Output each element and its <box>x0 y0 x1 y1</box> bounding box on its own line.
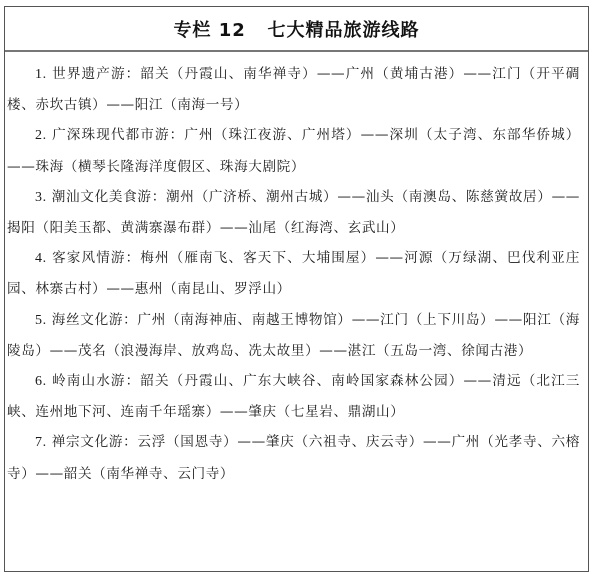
route-item-6: 6. 岭南山水游：韶关（丹霞山、广东大峡谷、南岭国家森林公园）——清远（北江三峡… <box>7 366 580 427</box>
route-text: 潮汕文化美食游：潮州（广济桥、潮州古城）——汕头（南澳岛、陈慈黉故居）——揭阳（… <box>7 189 580 236</box>
route-number: 2. <box>35 128 47 143</box>
column-box: 专栏 12 七大精品旅游线路 1. 世界遗产游：韶关（丹霞山、南华禅寺）——广州… <box>4 6 589 572</box>
route-number: 7. <box>35 435 47 450</box>
route-number: 5. <box>35 313 47 328</box>
route-text: 禅宗文化游：云浮（国恩寺）——肇庆（六祖寺、庆云寺）——广州（光孝寺、六榕寺）—… <box>7 434 580 481</box>
route-text: 客家风情游：梅州（雁南飞、客天下、大埔围屋）——河源（万绿湖、巴伐利亚庄园、林寨… <box>7 250 580 297</box>
route-item-7: 7. 禅宗文化游：云浮（国恩寺）——肇庆（六祖寺、庆云寺）——广州（光孝寺、六榕… <box>7 427 580 488</box>
route-text: 世界遗产游：韶关（丹霞山、南华禅寺）——广州（黄埔古港）——江门（开平碉楼、赤坎… <box>7 66 580 113</box>
route-item-4: 4. 客家风情游：梅州（雁南飞、客天下、大埔围屋）——河源（万绿湖、巴伐利亚庄园… <box>7 243 580 304</box>
box-header: 专栏 12 七大精品旅游线路 <box>5 7 588 52</box>
route-text: 广深珠现代都市游：广州（珠江夜游、广州塔）——深圳（太子湾、东部华侨城）——珠海… <box>7 127 580 174</box>
route-text: 海丝文化游：广州（南海神庙、南越王博物馆）——江门（上下川岛）——阳江（海陵岛）… <box>7 312 580 359</box>
route-item-3: 3. 潮汕文化美食游：潮州（广济桥、潮州古城）——汕头（南澳岛、陈慈黉故居）——… <box>7 182 580 243</box>
route-number: 3. <box>35 190 47 205</box>
route-item-2: 2. 广深珠现代都市游：广州（珠江夜游、广州塔）——深圳（太子湾、东部华侨城）—… <box>7 120 580 181</box>
box-title: 专栏 12 七大精品旅游线路 <box>173 16 419 42</box>
route-number: 1. <box>35 67 47 82</box>
route-item-1: 1. 世界遗产游：韶关（丹霞山、南华禅寺）——广州（黄埔古港）——江门（开平碉楼… <box>7 59 580 120</box>
route-text: 岭南山水游：韶关（丹霞山、广东大峡谷、南岭国家森林公园）——清远（北江三峡、连州… <box>7 373 580 420</box>
route-item-5: 5. 海丝文化游：广州（南海神庙、南越王博物馆）——江门（上下川岛）——阳江（海… <box>7 305 580 366</box>
route-number: 6. <box>35 374 47 389</box>
box-body: 1. 世界遗产游：韶关（丹霞山、南华禅寺）——广州（黄埔古港）——江门（开平碉楼… <box>5 52 588 489</box>
route-number: 4. <box>35 251 47 266</box>
